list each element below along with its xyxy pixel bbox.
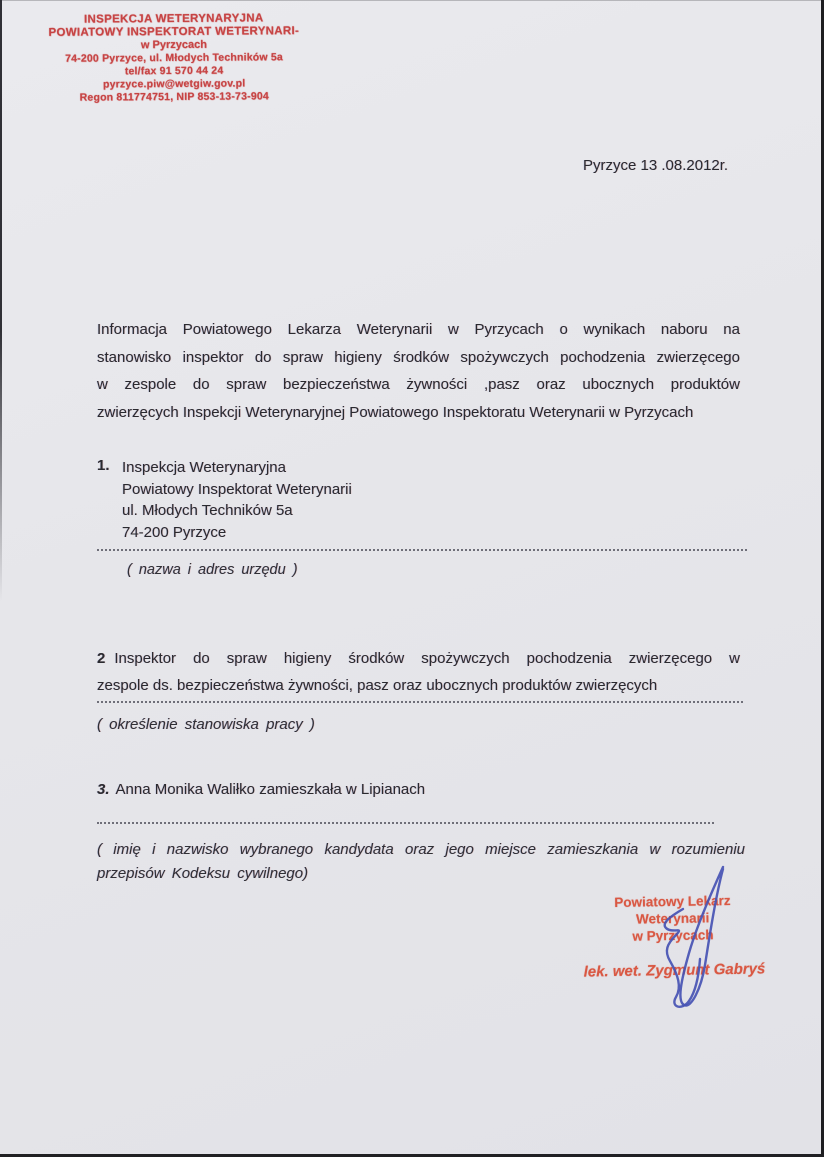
item3-candidate: 3.Anna Monika Waliłko zamieszkała w Lipi… [97, 781, 740, 798]
handwritten-signature [625, 861, 737, 1013]
item2-position: 2Inspektor do spraw higieny środków spoż… [97, 645, 740, 699]
item1-caption: ( nazwa i adres urzędu ) [127, 562, 298, 578]
stamp-line-regon-nip: Regon 811774751, NIP 853-13-73-904 [28, 90, 320, 105]
office-name-line: Powiatowy Inspektorat Weterynarii [122, 479, 352, 501]
date-line: Pyrzyce 13 .08.2012r. [583, 157, 728, 174]
intro-line: w zespole do spraw bezpieczeństwa żywnoś… [97, 371, 740, 399]
scanned-letter-page: INSPEKCJA WETERYNARYJNA POWIATOWY INSPEK… [0, 0, 824, 1157]
intro-line: stanowisko inspektor do spraw higieny śr… [97, 344, 740, 372]
item2-line: 2Inspektor do spraw higieny środków spoż… [97, 645, 740, 672]
intro-line: Informacja Powiatowego Lekarza Weterynar… [97, 316, 740, 344]
scan-edge-left [0, 0, 2, 602]
intro-line: zwierzęcych Inspekcji Weterynaryjnej Pow… [97, 399, 740, 427]
item2-number: 2 [97, 650, 105, 667]
office-postcode-line: 74-200 Pyrzyce [122, 522, 352, 544]
intro-paragraph: Informacja Powiatowego Lekarza Weterynar… [97, 316, 740, 426]
signature-stroke [680, 867, 723, 1006]
fill-in-dotted-line [97, 822, 714, 824]
item3-candidate-name: Anna Monika Waliłko zamieszkała w Lipian… [116, 781, 426, 798]
office-name-line: Inspekcja Weterynaryjna [122, 457, 352, 479]
fill-in-dotted-line [97, 701, 743, 703]
stamp-line-address: 74-200 Pyrzyce, ul. Młodych Techników 5a [28, 51, 320, 66]
fill-in-dotted-line [97, 549, 747, 551]
item1-office-address: Inspekcja Weterynaryjna Powiatowy Inspek… [122, 457, 352, 543]
item3-caption-line: ( imię i nazwisko wybranego kandydata or… [97, 838, 745, 862]
item2-caption: ( określenie stanowiska pracy ) [97, 716, 315, 733]
signature-stroke [665, 909, 700, 1007]
item3-number: 3. [97, 781, 110, 798]
scan-edge-top [0, 0, 824, 1]
stamp-line-inspectorate: POWIATOWY INSPEKTORAT WETERYNARI- [28, 25, 320, 40]
office-street-line: ul. Młodych Techników 5a [122, 500, 352, 522]
item2-text: Inspektor do spraw higieny środków spoży… [114, 650, 740, 667]
letterhead-stamp: INSPEKCJA WETERYNARYJNA POWIATOWY INSPEK… [28, 12, 321, 105]
item2-line: zespole ds. bezpieczeństwa żywności, pas… [97, 672, 740, 699]
item1-number: 1. [97, 457, 110, 474]
